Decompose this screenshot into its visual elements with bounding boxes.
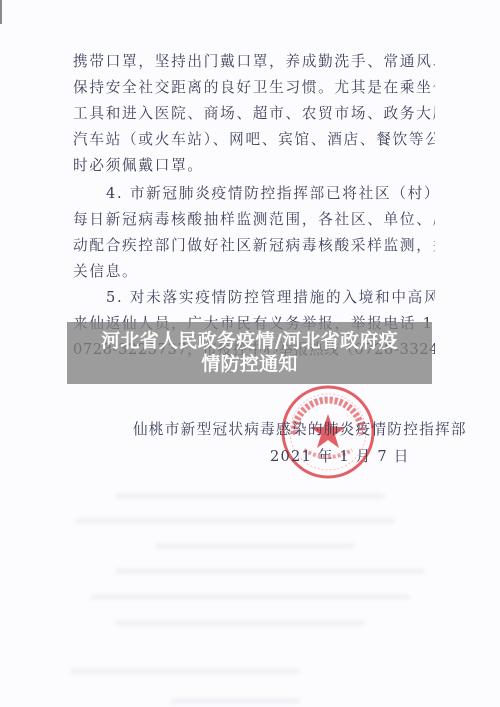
bleed-through-mark — [75, 518, 395, 524]
doc-line: 4. 市新冠肺炎疫情防控指挥部已将社区（村）居民纳入 — [106, 184, 435, 204]
doc-line: 工具和进入医院、商场、超市、农贸市场、政务大厅、长途 — [73, 104, 435, 124]
page-edge-mark — [0, 0, 2, 24]
doc-line: 每日新冠病毒核酸抽样监测范围，各社区、单位、居民要主 — [73, 210, 435, 230]
bleed-through-mark — [170, 698, 300, 704]
banner-title-line1: 河北省人民政务疫情/河北省政府疫 — [75, 330, 425, 353]
signature-date: 2021 年 1 月 7 日 — [270, 447, 410, 467]
doc-line: 携带口罩，坚持出门戴口罩，养成勤洗手、常通风、不聚集、 — [73, 52, 435, 72]
banner-title-line2: 情防控通知 — [75, 353, 425, 376]
doc-line: 关信息。 — [73, 262, 435, 282]
doc-line: 时必须佩戴口罩。 — [73, 156, 435, 176]
bleed-through-mark — [155, 543, 355, 549]
signature-issuer: 仙桃市新型冠状病毒感染的肺炎疫情防控指挥部 — [133, 420, 467, 440]
doc-line: 汽车站（或火车站）、网吧、宾馆、酒店、餐饮等公共场所 — [73, 130, 435, 150]
doc-line: 5. 对未落实疫情防控管理措施的入境和中高风险地区 — [106, 288, 435, 308]
doc-line: 动配合疾控部门做好社区新冠病毒核酸采样监测，并提供相 — [73, 236, 435, 256]
doc-line: 保持安全社交距离的良好卫生习惯。尤其是在乘坐公共交通 — [73, 78, 435, 98]
bleed-through-mark — [90, 594, 410, 600]
document-page: 携带口罩，坚持出门戴口罩，养成勤洗手、常通风、不聚集、 保持安全社交距离的良好卫… — [0, 0, 500, 707]
title-banner: 河北省人民政务疫情/河北省政府疫 情防控通知 — [67, 322, 432, 384]
bleed-through-mark — [115, 568, 425, 574]
bleed-through-mark — [115, 493, 385, 499]
bleed-through-mark — [115, 620, 365, 626]
bleed-through-mark — [70, 668, 300, 674]
